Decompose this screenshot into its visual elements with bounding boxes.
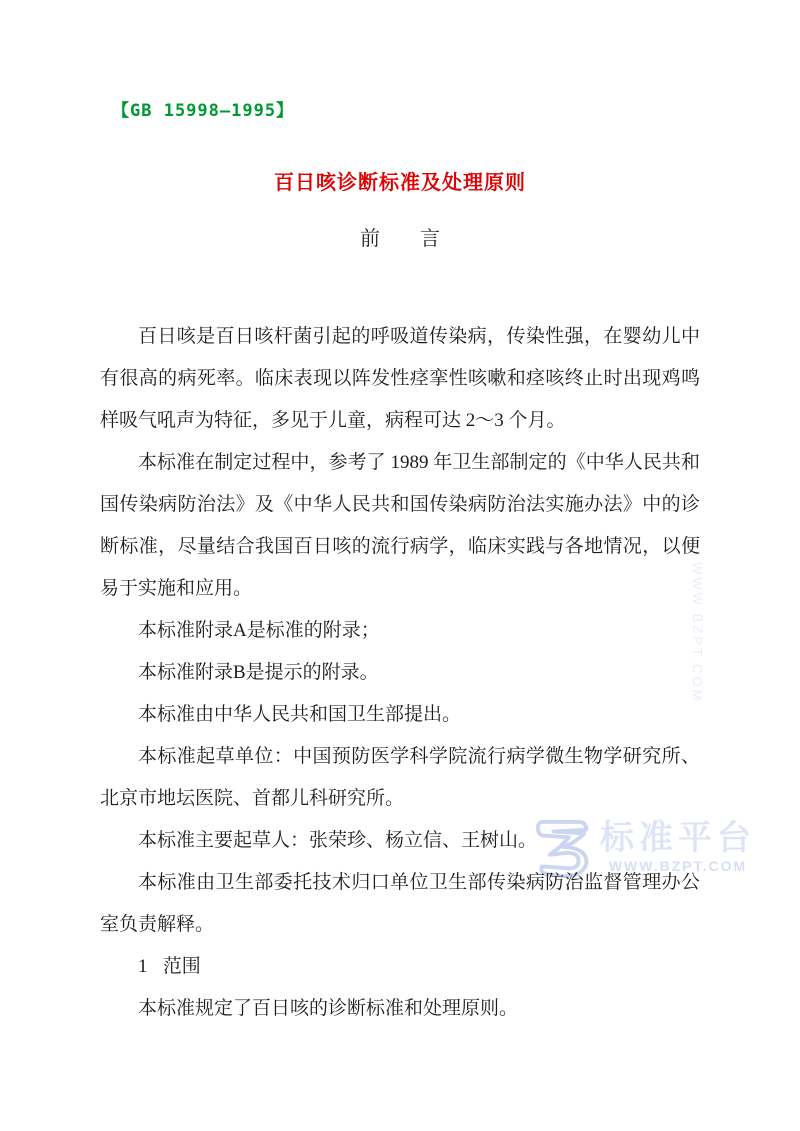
document-title: 百日咳诊断标准及处理原则 [0,166,800,195]
document-page: 【GB 15998—1995】 百日咳诊断标准及处理原则 前 言 百日咳是百日咳… [0,0,800,1131]
paragraph-intro: 百日咳是百日咳杆菌引起的呼吸道传染病，传染性强，在婴幼儿中有很高的病死率。临床表… [100,316,700,442]
paragraph-appendix-a: 本标准附录A是标准的附录； [100,610,700,652]
paragraph-scope: 本标准规定了百日咳的诊断标准和处理原则。 [100,988,700,1030]
paragraph-interpretation: 本标准由卫生部委托技术归口单位卫生部传染病防治监督管理办公室负责解释。 [100,862,700,946]
paragraph-proposed-by: 本标准由中华人民共和国卫生部提出。 [100,694,700,736]
document-body: 百日咳是百日咳杆菌引起的呼吸道传染病，传染性强，在婴幼儿中有很高的病死率。临床表… [100,316,700,1030]
foreword-heading: 前 言 [0,222,800,251]
section-1-number: 1 [138,956,148,977]
standard-code: 【GB 15998—1995】 [112,96,294,121]
section-1-title: 范围 [163,956,201,977]
paragraph-drafting-units: 本标准起草单位：中国预防医学科学院流行病学微生物学研究所、北京市地坛医院、首都儿… [100,736,700,820]
paragraph-appendix-b: 本标准附录B是提示的附录。 [100,652,700,694]
paragraph-background: 本标准在制定过程中，参考了 1989 年卫生部制定的《中华人民共和国传染病防治法… [100,442,700,610]
paragraph-drafters: 本标准主要起草人：张荣珍、杨立信、王树山。 [100,820,700,862]
section-1-heading: 1范围 [100,946,700,988]
